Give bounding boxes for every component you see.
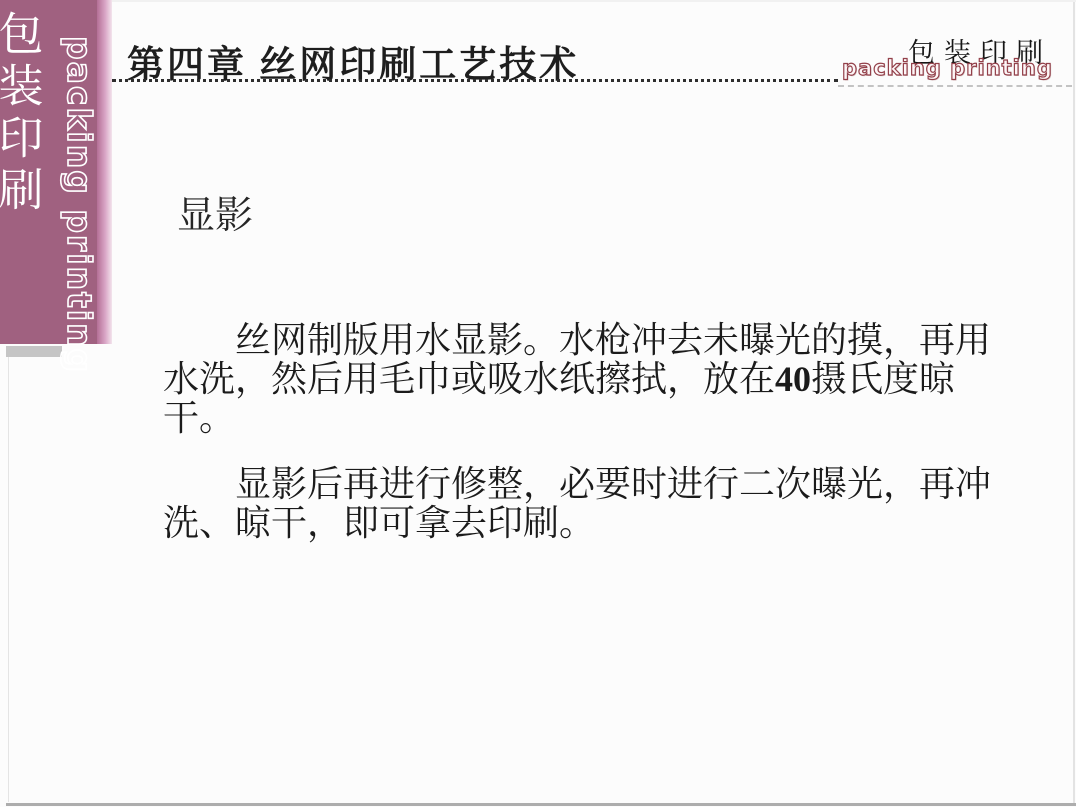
logo-dashed-rule xyxy=(838,85,1072,87)
body-text: 丝网制版用水显影。水枪冲去未曝光的摸，再用水洗，然后用毛巾或吸水纸擦拭，放在40… xyxy=(163,321,1025,570)
sidebar-shadow xyxy=(6,346,62,357)
paragraph-1: 丝网制版用水显影。水枪冲去未曝光的摸，再用水洗，然后用毛巾或吸水纸擦拭，放在40… xyxy=(163,321,1025,438)
page-left-edge xyxy=(8,357,9,802)
header-dotted-rule xyxy=(112,79,838,82)
sidebar-vertical-en-text: packing printing xyxy=(60,36,99,374)
page-right-edge xyxy=(1073,2,1075,803)
page-top-edge xyxy=(0,0,1076,2)
slide-page: 包装印刷 packing printing 第四章 丝网印刷工艺技术 包装印刷 … xyxy=(0,0,1076,807)
sidebar-vertical-cn-text: 包装印刷 xyxy=(0,10,41,218)
logo-en-text: packing printing xyxy=(842,56,1053,80)
paragraph-2: 显影后再进行修整，必要时进行二次曝光，再冲洗、晾干，即可拿去印刷。 xyxy=(163,465,1025,543)
page-bottom-edge xyxy=(6,803,1076,806)
section-heading: 显影 xyxy=(177,184,253,239)
paragraph-1-number: 40 xyxy=(775,359,811,399)
sidebar-gradient-strip xyxy=(97,0,112,344)
